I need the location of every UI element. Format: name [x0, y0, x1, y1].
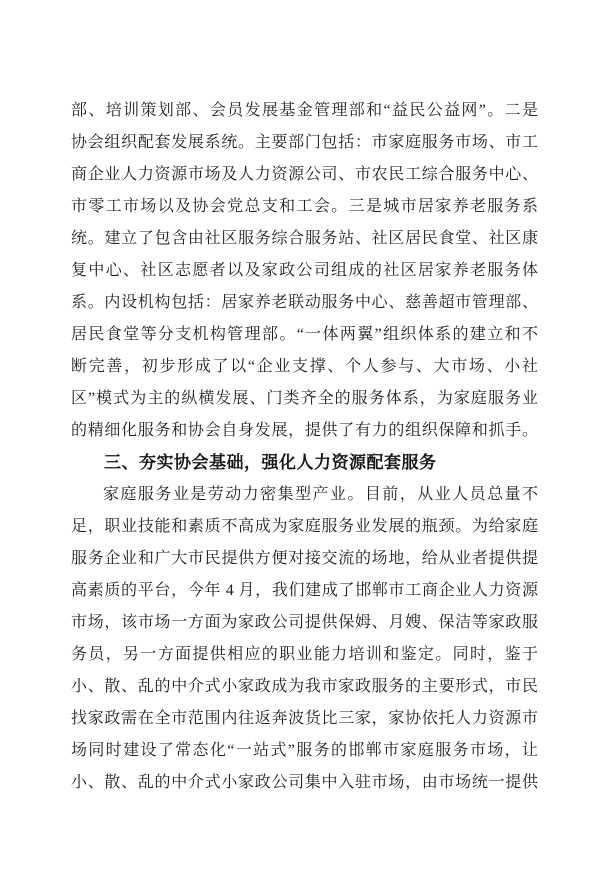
text-line: 家庭服务业是劳动力密集型产业。目前，从业人员总量不 — [71, 479, 538, 511]
text-line: 居民食堂等分支机构管理部。“一体两翼”组织体系的建立和不 — [71, 319, 538, 351]
text-line: 市场，该市场一方面为家政公司提供保姆、月嫂、保洁等家政服 — [71, 607, 538, 639]
text-line: 的精细化服务和协会自身发展，提供了有力的组织保障和抓手。 — [71, 415, 538, 447]
text-line: 找家政需在全市范围内往返奔波货比三家，家协依托人力资源市 — [71, 703, 538, 735]
text-line: 商企业人力资源市场及人力资源公司、市农民工综合服务中心、 — [71, 159, 538, 191]
text-line: 小、散、乱的中介式小家政公司集中入驻市场，由市场统一提供 — [71, 767, 538, 799]
text-line: 断完善，初步形成了以“企业支撑、个人参与、大市场、小社 — [71, 351, 538, 383]
text-block: 部、培训策划部、会员发展基金管理部和“益民公益网”。二是协会组织配套发展系统。主… — [71, 95, 538, 799]
text-line: 小、散、乱的中介式小家政成为我市家政服务的主要形式，市民 — [71, 671, 538, 703]
text-line: 务员，另一方面提供相应的职业能力培训和鉴定。同时，鉴于 — [71, 639, 538, 671]
text-line: 复中心、社区志愿者以及家政公司组成的社区居家养老服务体 — [71, 255, 538, 287]
text-line: 场同时建设了常态化“一站式”服务的邯郸市家庭服务市场，让 — [71, 735, 538, 767]
text-line: 足，职业技能和素质不高成为家庭服务业发展的瓶颈。为给家庭 — [71, 511, 538, 543]
text-line: 协会组织配套发展系统。主要部门包括：市家庭服务市场、市工 — [71, 127, 538, 159]
document-page: 部、培训策划部、会员发展基金管理部和“益民公益网”。二是协会组织配套发展系统。主… — [0, 0, 610, 885]
text-line: 部、培训策划部、会员发展基金管理部和“益民公益网”。二是 — [71, 95, 538, 127]
text-line: 统。建立了包含由社区服务综合服务站、社区居民食堂、社区康 — [71, 223, 538, 255]
section-heading: 三、夯实协会基础，强化人力资源配套服务 — [71, 447, 538, 479]
text-line: 区”模式为主的纵横发展、门类齐全的服务体系，为家庭服务业 — [71, 383, 538, 415]
text-line: 高素质的平台，今年 4 月，我们建成了邯郸市工商企业人力资源 — [71, 575, 538, 607]
text-line: 市零工市场以及协会党总支和工会。三是城市居家养老服务系 — [71, 191, 538, 223]
text-line: 服务企业和广大市民提供方便对接交流的场地，给从业者提供提 — [71, 543, 538, 575]
text-line: 系。内设机构包括：居家养老联动服务中心、慈善超市管理部、 — [71, 287, 538, 319]
